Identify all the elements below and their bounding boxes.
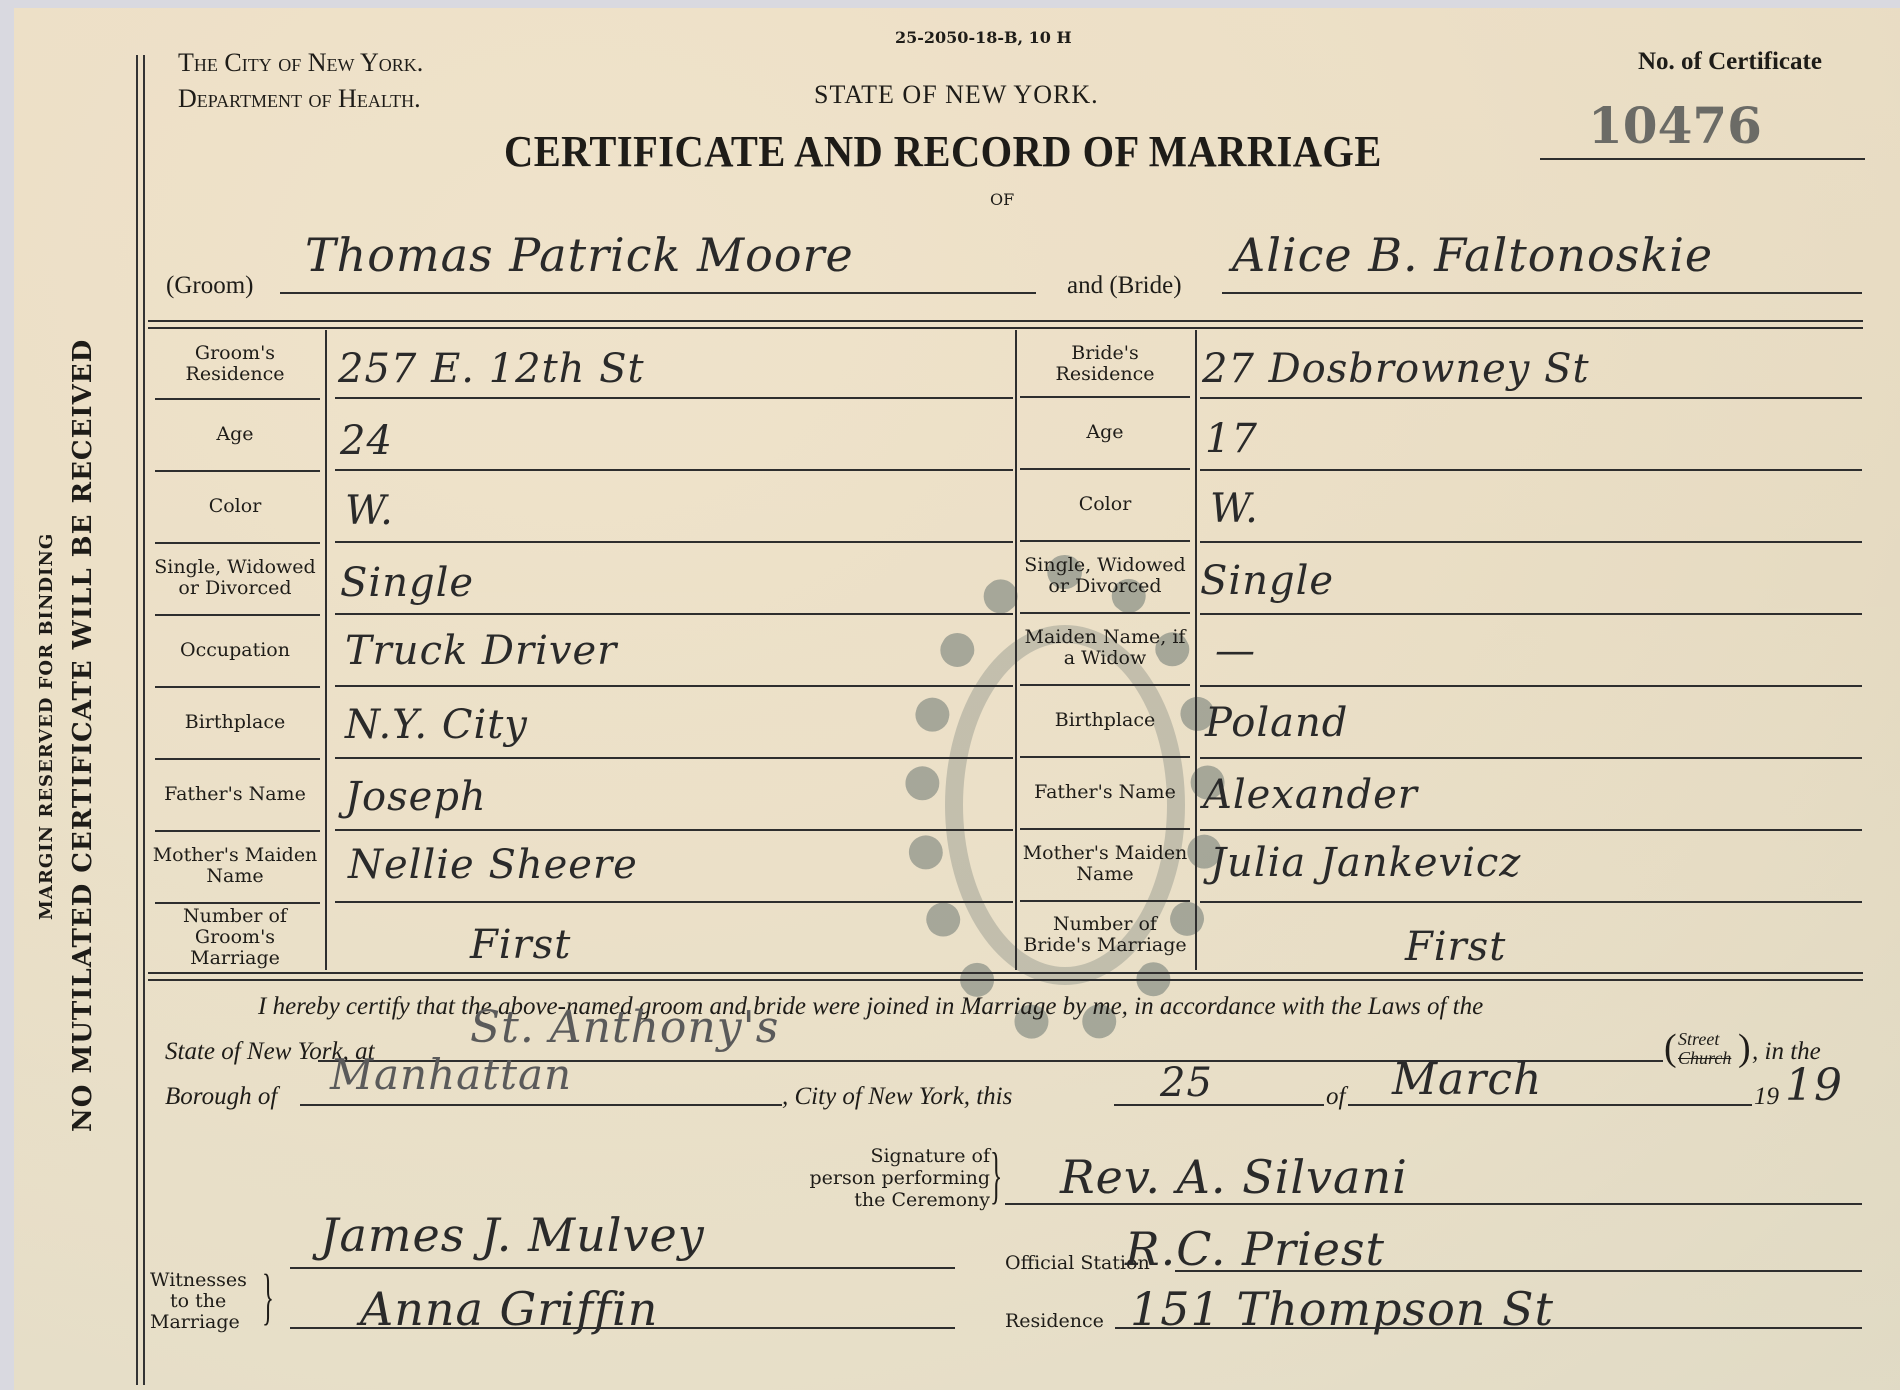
groom-mother-field[interactable]: Nellie Sheere	[348, 842, 638, 888]
groom-father-field[interactable]: Joseph	[345, 774, 487, 820]
row-divider	[335, 757, 1013, 759]
bride-color-label: Color	[1020, 472, 1190, 536]
witnesses-brace: }	[262, 1262, 274, 1332]
certification-statement: I hereby certify that the above-named gr…	[258, 993, 1483, 1021]
signature-brace: }	[990, 1140, 1002, 1210]
witness-2-underline	[290, 1327, 955, 1329]
groom-column-divider	[325, 330, 327, 970]
bride-column-divider	[1195, 330, 1197, 970]
row-divider	[1020, 540, 1190, 542]
row-divider	[155, 470, 320, 472]
row-divider	[155, 686, 320, 688]
row-divider	[1200, 685, 1862, 687]
row-divider	[155, 758, 320, 760]
row-divider	[1200, 397, 1862, 399]
city-line: The City of New York.	[178, 48, 423, 78]
bride-mother-label: Mother's Maiden Name	[1020, 832, 1190, 896]
bride-widow-maiden-name-field[interactable]: —	[1215, 628, 1256, 674]
witnesses-label: Witnesses to the Marriage	[150, 1270, 247, 1333]
official-station-underline	[1175, 1270, 1862, 1272]
bride-color-field[interactable]: W.	[1210, 486, 1259, 532]
street-church-choice: Street Church	[1678, 1030, 1731, 1068]
row-divider	[155, 542, 320, 544]
groom-father-label: Father's Name	[150, 762, 320, 826]
groom-label: (Groom)	[166, 272, 253, 300]
borough-label: Borough of	[165, 1083, 277, 1111]
ceremony-location-field[interactable]: St. Anthony's	[470, 1002, 779, 1053]
bride-residence-field[interactable]: 27 Dosbrowney St	[1202, 346, 1590, 392]
row-divider	[155, 830, 320, 832]
row-divider	[1020, 756, 1190, 758]
groom-occupation-field[interactable]: Truck Driver	[345, 628, 617, 674]
groom-marital-status-field[interactable]: Single	[340, 560, 474, 606]
signature-label-line: Signature of	[750, 1145, 990, 1167]
row-divider	[1200, 613, 1862, 615]
bride-label: and (Bride)	[1067, 272, 1182, 300]
bride-widow-maiden-name-label: Maiden Name, if a Widow	[1020, 616, 1190, 680]
street-option: Street	[1678, 1030, 1731, 1049]
bride-age-label: Age	[1020, 400, 1190, 464]
witnesses-label-line: to the	[150, 1291, 247, 1312]
day-underline	[1114, 1104, 1324, 1106]
bride-birthplace-field[interactable]: Poland	[1205, 700, 1348, 746]
bride-name-underline	[1222, 292, 1862, 294]
official-station-field[interactable]: R.C. Priest	[1125, 1222, 1385, 1276]
row-divider	[155, 398, 320, 400]
row-divider	[1200, 469, 1862, 471]
row-divider	[335, 685, 1013, 687]
signature-label-line: person performing	[750, 1167, 990, 1189]
church-option: Church	[1678, 1049, 1731, 1068]
groom-residence-field[interactable]: 257 E. 12th St	[338, 346, 645, 392]
groom-color-field[interactable]: W.	[345, 488, 394, 534]
bride-father-label: Father's Name	[1020, 760, 1190, 824]
officiant-signature-field[interactable]: Rev. A. Silvani	[1060, 1150, 1408, 1204]
row-divider	[1020, 396, 1190, 398]
row-divider	[1200, 757, 1862, 759]
bride-age-field[interactable]: 17	[1205, 416, 1258, 462]
groom-age-label: Age	[150, 402, 320, 466]
bride-birthplace-label: Birthplace	[1020, 688, 1190, 752]
borough-underline	[300, 1104, 782, 1106]
row-divider	[155, 614, 320, 616]
mutilated-warning-note: NO MUTILATED CERTIFICATE WILL BE RECEIVE…	[68, 339, 98, 1132]
bracket-open: (	[1664, 1028, 1677, 1068]
bride-marital-status-field[interactable]: Single	[1200, 558, 1334, 604]
row-divider	[1200, 901, 1862, 903]
bride-mother-field[interactable]: Julia Jankevicz	[1210, 840, 1521, 886]
bride-marriage-number-label: Number of Bride's Marriage	[1020, 902, 1190, 968]
certificate-number-underline	[1540, 158, 1865, 160]
table-bottom-rule	[148, 979, 1863, 981]
groom-occupation-label: Occupation	[150, 618, 320, 682]
row-divider	[1020, 684, 1190, 686]
row-divider	[335, 901, 1013, 903]
row-divider	[1020, 828, 1190, 830]
month-underline	[1348, 1104, 1752, 1106]
state-line: STATE OF NEW YORK.	[814, 80, 1099, 110]
groom-age-field[interactable]: 24	[340, 418, 393, 464]
signature-label-line: the Ceremony	[750, 1189, 990, 1211]
witnesses-label-line: Witnesses	[150, 1270, 247, 1291]
row-divider	[1020, 468, 1190, 470]
bride-residence-label: Bride's Residence	[1020, 335, 1190, 393]
certificate-title: CERTIFICATE AND RECORD OF MARRIAGE	[504, 126, 1382, 177]
groom-name-field[interactable]: Thomas Patrick Moore	[305, 228, 854, 282]
city-date-label: , City of New York, this	[782, 1083, 1012, 1111]
table-top-rule	[148, 327, 1863, 329]
row-divider	[1200, 541, 1862, 543]
witness-1-underline	[290, 1267, 955, 1269]
of-label: OF	[990, 190, 1014, 209]
row-divider	[335, 397, 1013, 399]
row-divider	[335, 613, 1013, 615]
binding-margin-note: MARGIN RESERVED FOR BINDING	[36, 533, 57, 920]
officiant-residence-underline	[1115, 1327, 1862, 1329]
row-divider	[1200, 829, 1862, 831]
binding-margin-line	[136, 55, 138, 1385]
officiant-signature-underline	[1005, 1203, 1862, 1205]
of-month-label: of	[1326, 1083, 1345, 1111]
groom-marital-status-label: Single, Widowed or Divorced	[150, 546, 320, 610]
groom-birthplace-label: Birthplace	[150, 690, 320, 754]
bride-marriage-number-field[interactable]: First	[1405, 924, 1506, 970]
row-divider	[335, 469, 1013, 471]
borough-field[interactable]: Manhattan	[330, 1050, 572, 1099]
groom-marriage-number-field[interactable]: First	[470, 922, 571, 968]
year-field[interactable]: 19	[1785, 1060, 1843, 1111]
groom-color-label: Color	[150, 474, 320, 538]
table-bottom-rule	[148, 972, 1863, 974]
groom-mother-label: Mother's Maiden Name	[150, 834, 320, 898]
department-line: Department of Health.	[178, 84, 421, 114]
center-column-divider	[1015, 330, 1017, 970]
year-prefix: 19	[1754, 1083, 1779, 1111]
row-divider	[1020, 612, 1190, 614]
officiant-residence-label: Residence	[1005, 1310, 1104, 1332]
row-divider	[335, 829, 1013, 831]
binding-margin-line	[143, 55, 145, 1385]
bride-marital-status-label: Single, Widowed or Divorced	[1020, 544, 1190, 608]
bride-father-field[interactable]: Alexander	[1203, 772, 1418, 818]
bride-name-field[interactable]: Alice B. Faltonoskie	[1232, 228, 1713, 282]
form-code: 25-2050-18-B, 10 H	[895, 28, 1072, 47]
groom-residence-label: Groom's Residence	[150, 335, 320, 393]
officiant-signature-label: Signature of person performing the Cerem…	[750, 1145, 990, 1211]
groom-name-underline	[280, 292, 1036, 294]
witness-1-field[interactable]: James J. Mulvey	[320, 1208, 705, 1262]
bracket-close: )	[1738, 1028, 1751, 1068]
table-top-rule	[148, 320, 1863, 322]
certificate-number-label: No. of Certificate	[1638, 48, 1822, 76]
groom-birthplace-field[interactable]: N.Y. City	[345, 702, 528, 748]
row-divider	[335, 541, 1013, 543]
groom-marriage-number-label: Number of Groom's Marriage	[150, 904, 320, 970]
month-field[interactable]: March	[1392, 1054, 1542, 1105]
day-field[interactable]: 25	[1160, 1060, 1213, 1106]
witnesses-label-line: Marriage	[150, 1312, 247, 1333]
certificate-number: 10476	[1588, 96, 1762, 155]
